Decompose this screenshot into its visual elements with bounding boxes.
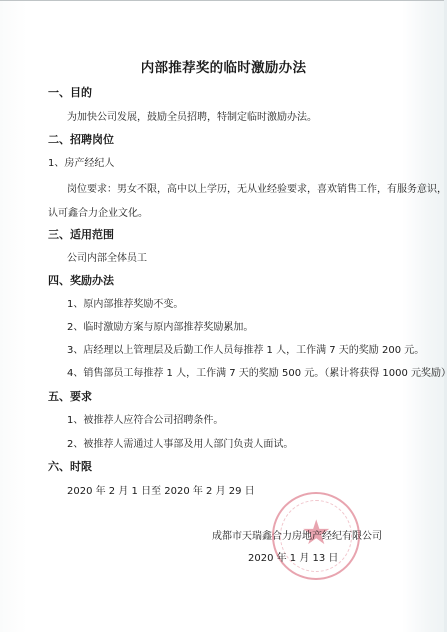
period-text: 2020 年 2 月 1 日至 2020 年 2 月 29 日 xyxy=(67,482,255,497)
section-heading-requirements: 五、要求 xyxy=(48,388,92,404)
section-heading-rewards: 四、奖励办法 xyxy=(48,272,114,288)
scope-text: 公司内部全体员工 xyxy=(67,249,147,264)
purpose-text: 为加快公司发展，鼓励全员招聘，特制定临时激励办法。 xyxy=(67,108,317,123)
position-requirements-line2: 认可鑫合力企业文化。 xyxy=(48,204,148,219)
section-heading-purpose: 一、目的 xyxy=(48,84,92,100)
section-heading-scope: 三、适用范围 xyxy=(48,226,114,242)
signature-date: 2020 年 1 月 13 日 xyxy=(248,549,338,564)
document-title: 内部推荐奖的临时激励办法 xyxy=(0,56,447,76)
scan-top-edge xyxy=(0,0,447,1)
requirement-item-2: 2、被推荐人需通过人事部及用人部门负责人面试。 xyxy=(67,435,293,450)
reward-item-3: 3、店经理以上管理层及后勤工作人员每推荐 1 人，工作满 7 天的奖励 200 … xyxy=(67,341,424,356)
requirement-item-1: 1、被推荐人应符合公司招聘条件。 xyxy=(67,411,223,426)
position-requirements-line1: 岗位要求：男女不限，高中以上学历，无从业经验要求，喜欢销售工作，有服务意识， xyxy=(67,180,447,195)
section-heading-period: 六、时限 xyxy=(48,458,92,474)
section-heading-positions: 二、招聘岗位 xyxy=(48,131,114,147)
position-item: 1、房产经纪人 xyxy=(48,154,114,169)
reward-item-1: 1、原内部推荐奖励不变。 xyxy=(67,295,183,310)
document-page: 内部推荐奖的临时激励办法 一、目的 为加快公司发展，鼓励全员招聘，特制定临时激励… xyxy=(0,0,447,632)
reward-item-4: 4、销售部员工每推荐 1 人，工作满 7 天的奖励 500 元。（累计将获得 1… xyxy=(67,364,447,379)
reward-item-2: 2、临时激励方案与原内部推荐奖励累加。 xyxy=(67,318,253,333)
signature-company: 成都市天瑞鑫合力房地产经纪有限公司 xyxy=(212,527,382,542)
